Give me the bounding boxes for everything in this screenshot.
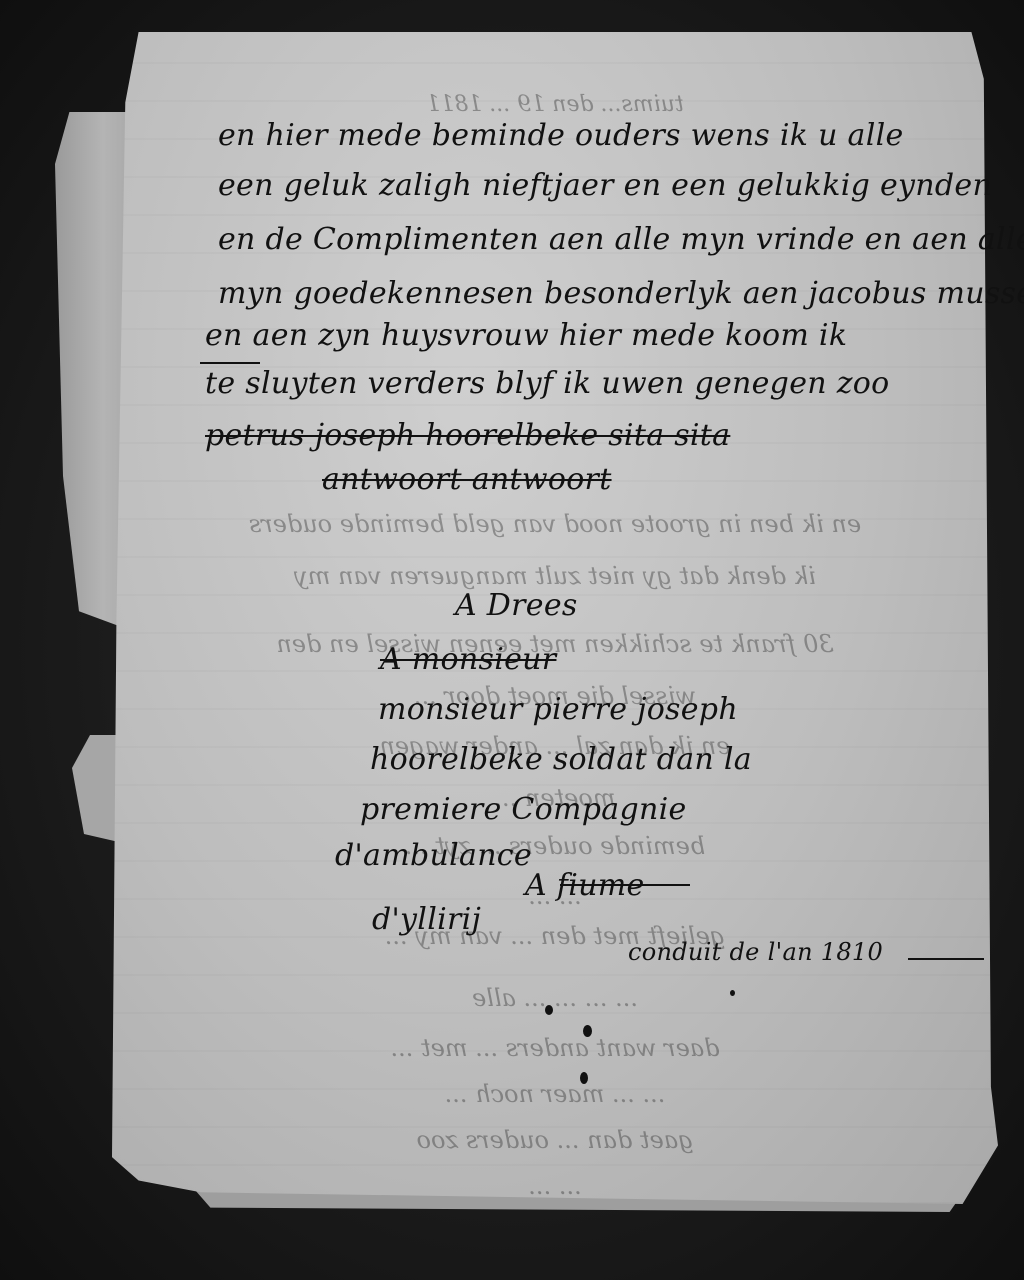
bleed-line: gaet dan ... ouders zoo xyxy=(112,1126,998,1154)
ink-stroke xyxy=(200,362,260,364)
bleed-line: daer want anders ... met ... xyxy=(112,1034,998,1062)
address-line-3: monsieur pierre joseph xyxy=(378,692,738,727)
ink-stroke xyxy=(560,884,690,886)
letter-line-2: een geluk zaligh nieftjaer en een gelukk… xyxy=(218,168,992,203)
address-line-6: d'ambulance xyxy=(335,838,532,873)
bleed-line: beminde ouders ... zyt ... xyxy=(112,832,998,860)
ink-stain xyxy=(545,1005,553,1015)
letter-line-4: myn goedekennesen besonderlyk aen jacobu… xyxy=(218,276,1024,311)
address-line-1: A Drees xyxy=(455,588,578,623)
address-line-2: A monsieur xyxy=(380,642,556,677)
bleed-line: ik denk dat gy niet zult mangueren van m… xyxy=(112,562,998,590)
address-line-9: conduit de l'an 1810 xyxy=(628,938,883,966)
ink-stain xyxy=(580,1072,588,1084)
letter-line-5: en aen zyn huysvrouw hier mede koom ik xyxy=(205,318,847,353)
letter-line-6: te sluyten verders blyf ik uwen genegen … xyxy=(205,366,890,401)
faint-header: tuims... den 19 ... 1811 xyxy=(112,92,998,117)
address-line-8: d'yllirij xyxy=(372,902,481,937)
antwoort-line: antwoort antwoort xyxy=(322,462,612,497)
signature-line: petrus joseph hoorelbeke sita sita xyxy=(205,418,730,453)
letter-line-3: en de Complimenten aen alle myn vrinde e… xyxy=(218,222,1024,257)
bleed-line: en ik ben in groote nood van geld bemind… xyxy=(112,510,998,538)
bleed-line: ... ... ... ... alle xyxy=(112,984,998,1012)
ink-stroke xyxy=(908,958,984,960)
letter-line-1: en hier mede beminde ouders wens ik u al… xyxy=(218,118,904,153)
ink-stain xyxy=(730,990,735,996)
ink-stain xyxy=(583,1025,592,1037)
address-line-4: hoorelbeke soldat dan la xyxy=(370,742,752,777)
bleed-line: ... ... maer noch ... xyxy=(112,1080,998,1108)
address-line-5: premiere Compagnie xyxy=(360,792,687,827)
